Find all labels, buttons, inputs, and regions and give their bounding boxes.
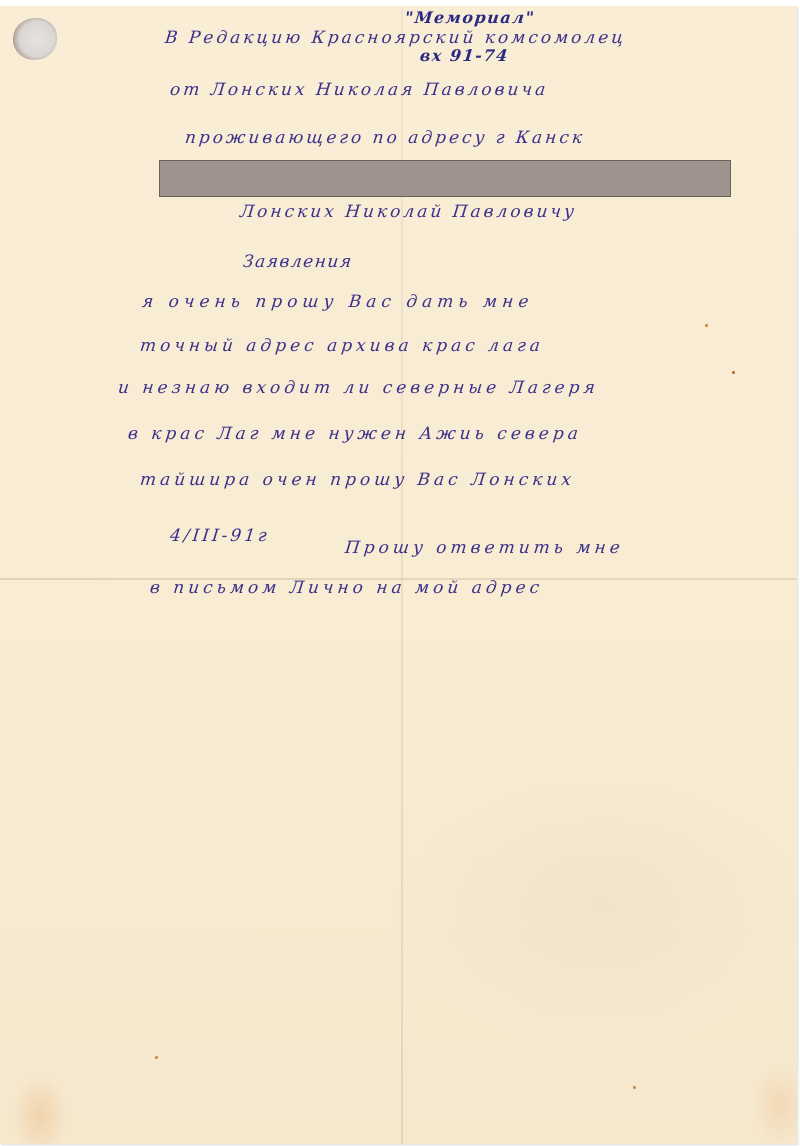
body-line: тайшира очен прошу Вас Лонских xyxy=(139,470,576,490)
paper-speck xyxy=(705,324,708,327)
body-line: и незнаю входит ли северные Лагеря xyxy=(117,378,600,398)
from-line: от Лонских Николая Павловича xyxy=(169,80,549,100)
letter-page: "Мемориал" В Редакцию Красноярский комсо… xyxy=(0,6,797,1144)
body-line: точный адрес архива крас лага xyxy=(139,336,545,356)
address-line: проживающего по адресу г Канск xyxy=(184,128,586,148)
closing-line: Прошу ответить мне xyxy=(344,538,625,558)
paper-speck xyxy=(155,1056,158,1059)
body-line: в крас Лаг мне нужен Ажиь севера xyxy=(127,424,583,444)
paper-speck xyxy=(633,1086,636,1089)
redaction-bar xyxy=(159,160,731,197)
letter-title: Заявления xyxy=(242,252,354,272)
signature-name: Лонских Николай Павловичу xyxy=(239,202,578,222)
registration-number: вх 91-74 xyxy=(419,46,510,65)
letter-date: 4/III-91г xyxy=(169,526,271,546)
burn-hole xyxy=(13,18,57,60)
paper-speck xyxy=(732,371,735,374)
organization-stamp: "Мемориал" xyxy=(404,8,536,27)
recipient-line: В Редакцию Красноярский комсомолец xyxy=(164,28,627,48)
closing-line: в письмом Лично на мой адрес xyxy=(149,578,544,598)
body-line: я очень прошу Вас дать мне xyxy=(141,292,535,312)
